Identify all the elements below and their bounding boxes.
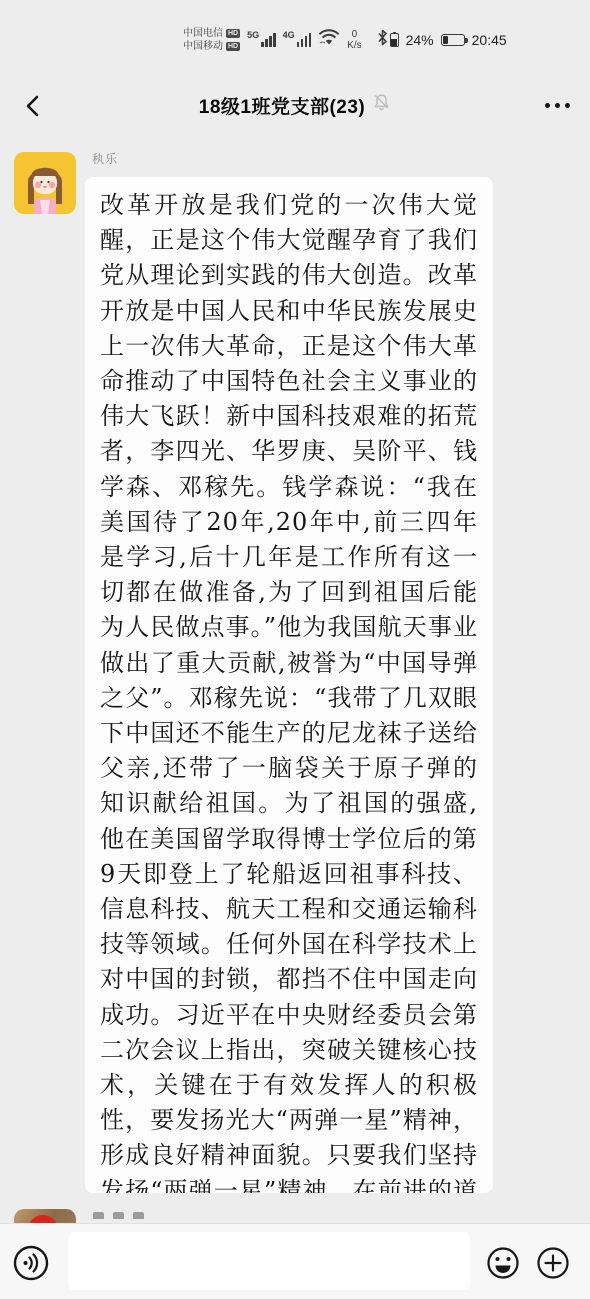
carrier-block: 中国电信 HD 中国移动 HD (183, 28, 240, 52)
more-functions-button[interactable] (536, 1246, 570, 1280)
wechat-group-chat-screen: 中国电信 HD 中国移动 HD 5G 4G (0, 0, 590, 1299)
status-bar: 中国电信 HD 中国移动 HD 5G 4G (0, 0, 590, 75)
chat-title: 18级1班党支部(23) (199, 92, 366, 119)
carrier-1: 中国电信 HD (183, 28, 240, 39)
bluetooth-icon (377, 29, 388, 51)
chat-message-list[interactable]: 秇乐 改革开放是我们党的一次伟大觉醒，正是这个伟大觉醒孕育了我们党从理论到实践的… (0, 135, 590, 1223)
sender-avatar[interactable] (14, 152, 76, 214)
battery-percent: 24% (406, 32, 434, 48)
second-sender-name-clipped (93, 1212, 144, 1219)
signal-bars-icon (297, 33, 312, 47)
second-sender-avatar-partial[interactable] (14, 1209, 76, 1223)
message-input-bar (0, 1223, 590, 1299)
battery-icon (441, 34, 465, 46)
status-time: 20:45 (472, 32, 507, 48)
speed-value: 0 (352, 29, 358, 40)
sender-name: 秇乐 (92, 150, 118, 167)
bluetooth-device-battery (377, 29, 399, 51)
carrier-2: 中国移动 HD (183, 41, 240, 52)
voice-icon (12, 1244, 50, 1282)
wifi-icon (318, 29, 340, 52)
muted-bell-icon (372, 93, 391, 117)
more-button[interactable] (545, 97, 570, 113)
network-type-1: 5G (247, 30, 259, 40)
smiley-icon (486, 1246, 520, 1280)
message-bubble[interactable]: 改革开放是我们党的一次伟大觉醒，正是这个伟大觉醒孕育了我们党从理论到实践的伟大创… (85, 177, 493, 1193)
carrier-2-name: 中国移动 (183, 41, 223, 52)
hd-badge-1: HD (226, 29, 240, 38)
carrier-1-name: 中国电信 (183, 28, 223, 39)
network-type-2: 4G (283, 30, 295, 40)
nav-bar: 18级1班党支部(23) (0, 75, 590, 135)
signal-bars-icon (261, 33, 276, 47)
signal-5g: 5G (247, 33, 276, 47)
plus-icon (536, 1246, 570, 1280)
message-text-input[interactable] (68, 1232, 470, 1290)
cartoon-girl-avatar-image (14, 152, 76, 214)
voice-input-button[interactable] (12, 1244, 50, 1282)
hd-badge-2: HD (226, 42, 240, 51)
speed-unit: K/s (347, 40, 361, 51)
message-text: 改革开放是我们党的一次伟大觉醒，正是这个伟大觉醒孕育了我们党从理论到实践的伟大创… (100, 188, 478, 1193)
signal-4g: 4G (283, 33, 312, 47)
network-speed: 0 K/s (347, 29, 361, 51)
bt-battery-icon (390, 33, 399, 47)
emoji-button[interactable] (486, 1246, 520, 1280)
